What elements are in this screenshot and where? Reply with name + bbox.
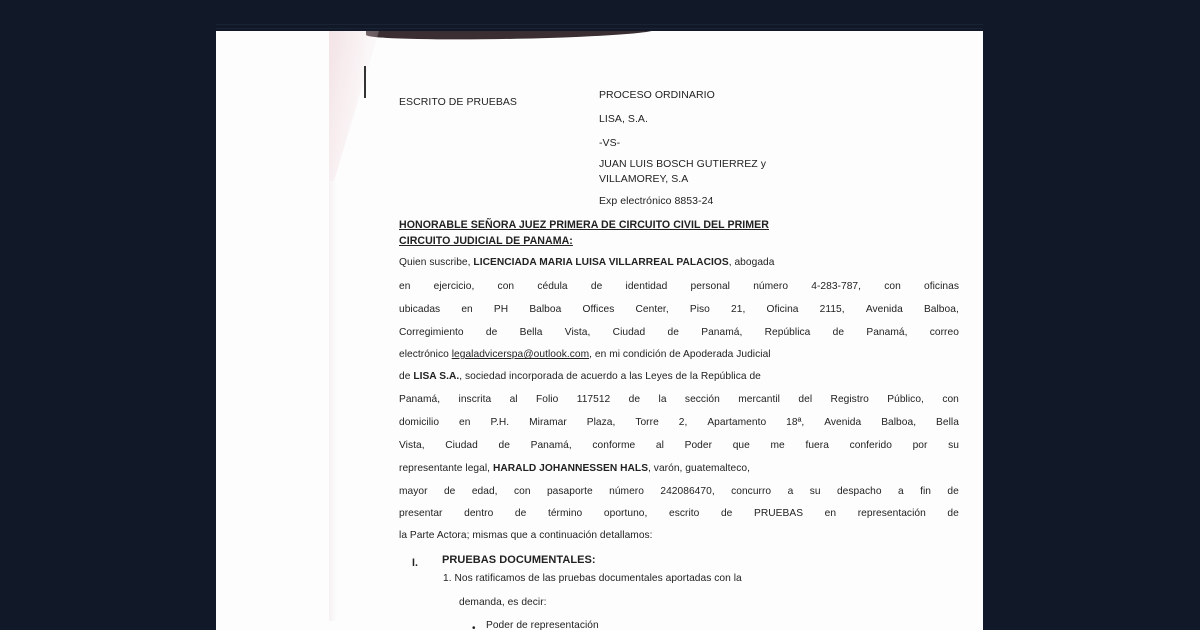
word: Bella [520,327,543,338]
word: escrito [669,508,699,519]
word: concurro [731,486,771,497]
body-text: , sociedad incorporada de acuerdo a las … [459,371,761,382]
body-line-6: de LISA S.A., sociedad incorporada de ac… [399,371,959,382]
word: 18ª, [786,417,804,428]
word: 4-283-787, [811,281,861,292]
word: con [514,486,531,497]
word: Balboa, [881,417,916,428]
email-link[interactable]: legaladvicerspa@outlook.com [452,349,589,360]
plaintiff: LISA, S.A. [599,113,648,125]
word: fin [920,486,931,497]
word: con [884,281,901,292]
legal-representative-name: HARALD JOHANNESSEN HALS [493,463,648,474]
word: de [629,394,640,405]
word: al [656,440,664,451]
defendant-line-2: VILLAMOREY, S.A [599,173,688,185]
word: inscrita [459,394,492,405]
word: cédula [537,281,567,292]
list-item-1-continued: demanda, es decir: [459,597,547,608]
word: Panamá, [866,327,907,338]
address-line-1: HONORABLE SEÑORA JUEZ PRIMERA DE CIRCUIT… [399,219,769,231]
word: Offices [582,304,614,315]
word: a [788,486,794,497]
word: presentar [399,508,443,519]
bullet-item-1: Poder de representación [486,620,599,630]
word: Público, [887,394,924,405]
attorney-name: LICENCIADA MARIA LUISA VILLARREAL PALACI… [473,257,728,268]
body-line-9: Vista,CiudaddePanamá,conformealPoderquem… [399,440,959,451]
word: de [668,327,679,338]
word: edad, [472,486,498,497]
word: 117512 [577,394,611,405]
word: mayor [399,486,428,497]
word: Panamá, [531,440,572,451]
word: personal [691,281,730,292]
word: Panamá, [399,394,440,405]
body-line-12: presentardentrodetérminooportuno,escrito… [399,508,959,519]
body-line-13: la Parte Actora; mismas que a continuaci… [399,530,959,541]
word: Balboa, [924,304,959,315]
word: Folio [536,394,558,405]
word: representación [858,508,926,519]
word: su [948,440,959,451]
word: de [499,440,510,451]
word: me [771,440,785,451]
word: P.H. [490,417,509,428]
body-line-8: domicilioenP.H.MiramarPlaza,Torre2,Apart… [399,417,959,428]
company-name: LISA S.A. [413,371,459,382]
word: dentro [464,508,493,519]
word: Torre [635,417,658,428]
word: Bella [936,417,959,428]
body-line-7: Panamá,inscritaalFolio117512delasecciónm… [399,394,959,405]
word: en [825,508,836,519]
body-line-1: Quien suscribe, LICENCIADA MARIA LUISA V… [399,257,959,268]
word: conferido [850,440,892,451]
body-text: Quien suscribe, [399,257,473,268]
word: número [753,281,788,292]
body-text: , en mi condición de Apoderada Judicial [589,349,770,360]
word: Piso [690,304,710,315]
body-text: representante legal, [399,463,493,474]
word: PRUEBAS [754,508,803,519]
defendant-line-1: JUAN LUIS BOSCH GUTIERREZ y [599,158,766,170]
file-number: Exp electrónico 8853-24 [599,195,713,207]
word: de [444,486,455,497]
word: 2, [679,417,688,428]
word: en [459,417,470,428]
document-title: ESCRITO DE PRUEBAS [399,96,517,108]
word: Avenida [866,304,903,315]
word: de [591,281,602,292]
word: de [833,327,844,338]
body-text: de [399,371,413,382]
word: con [498,281,515,292]
list-item-1: 1. Nos ratificamos de las pruebas docume… [443,573,742,584]
process-type: PROCESO ORDINARIO [599,89,715,101]
word: Balboa [529,304,561,315]
word: despacho [837,486,882,497]
body-line-4: CorregimientodeBellaVista,CiudaddePanamá… [399,327,959,338]
page-edge-rule [216,24,983,29]
word: Vista, [399,440,425,451]
word: de [947,508,958,519]
word: Avenida [824,417,861,428]
word: 242086470, [660,486,714,497]
word: pasaporte [547,486,593,497]
body-line-11: mayordeedad,conpasaportenúmero242086470,… [399,486,959,497]
address-line-2: CIRCUITO JUDICIAL DE PANAMA: [399,235,573,247]
word: Apartamento [707,417,766,428]
word: mercantil [738,394,780,405]
word: Vista, [565,327,591,338]
word: conforme [592,440,635,451]
word: Corregimiento [399,327,464,338]
word: Ciudad [613,327,646,338]
word: República [765,327,811,338]
word: oportuno, [604,508,648,519]
body-text: , abogada [729,257,775,268]
section-number: I. [412,557,418,569]
word: domicilio [399,417,439,428]
word: de [515,508,526,519]
word: correo [930,327,959,338]
word: Oficina [766,304,798,315]
word: Registro [831,394,869,405]
word: de [947,486,958,497]
body-text: , varón, guatemalteco, [648,463,750,474]
word: oficinas [924,281,959,292]
word: identidad [626,281,668,292]
word: Ciudad [445,440,478,451]
word: ejercicio, [434,281,475,292]
word: en [399,281,410,292]
word: PH [494,304,508,315]
word: del [798,394,812,405]
word: en [461,304,472,315]
word: por [913,440,928,451]
word: Panamá, [701,327,742,338]
body-line-10: representante legal, HARALD JOHANNESSEN … [399,463,959,474]
word: Poder [685,440,712,451]
body-line-3: ubicadasenPHBalboaOfficesCenter,Piso21,O… [399,304,959,315]
body-line-5: electrónico legaladvicerspa@outlook.com,… [399,349,959,360]
word: de [486,327,497,338]
word: fuera [805,440,828,451]
body-text: electrónico [399,349,452,360]
word: ubicadas [399,304,440,315]
word: al [510,394,518,405]
word: su [810,486,821,497]
versus: -VS- [599,137,620,149]
word: sección [685,394,720,405]
word: 2115, [820,304,845,315]
word: a [898,486,904,497]
word: con [942,394,959,405]
document-photo: ESCRITO DE PRUEBAS PROCESO ORDINARIO LIS… [216,31,983,630]
word: Plaza, [587,417,616,428]
word: 21, [731,304,745,315]
section-title: PRUEBAS DOCUMENTALES: [442,554,596,566]
word: que [733,440,750,451]
word: Miramar [529,417,567,428]
body-line-2: enejercicio,concéduladeidentidadpersonal… [399,281,959,292]
word: la [659,394,667,405]
word: de [721,508,732,519]
word: Center, [636,304,669,315]
word: término [548,508,582,519]
word: número [609,486,644,497]
document-page: ESCRITO DE PRUEBAS PROCESO ORDINARIO LIS… [216,31,983,630]
bullet-icon: • [472,623,476,630]
